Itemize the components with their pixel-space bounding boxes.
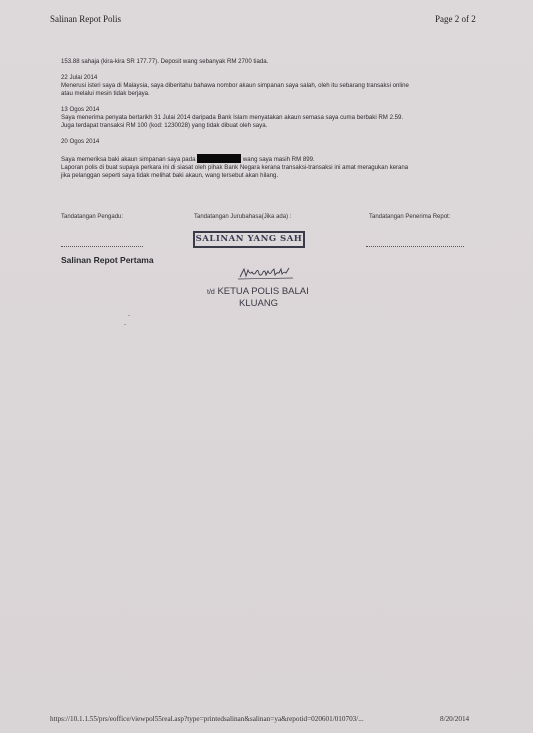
report-entry: 22 Julai 2014 Menerusi isteri saya di Ma… xyxy=(61,74,481,98)
entry-line: jika pelanggan seperti saya tidak meliha… xyxy=(61,172,481,180)
document-header-title: Salinan Repot Polis xyxy=(50,14,121,24)
entry-line: Laporan polis di buat supaya perkara ini… xyxy=(61,164,481,172)
entry-text-before-redaction: Saya memeriksa baki akaun simpanan saya … xyxy=(61,156,195,163)
entry-line: Saya menerima penyata bertarikh 31 Julai… xyxy=(61,114,481,122)
officer-title: t/d KETUA POLIS BALAI xyxy=(207,286,309,297)
report-body: 153.88 sahaja (kira-kira SR 177.77). Dep… xyxy=(61,58,481,180)
print-footer-date: 8/20/2014 xyxy=(440,715,469,723)
scan-speck xyxy=(128,315,130,316)
report-entry: 20 Ogos 2014 Saya memeriksa baki akaun s… xyxy=(61,138,481,180)
scanned-document-page: Salinan Repot Polis Page 2 of 2 153.88 s… xyxy=(0,0,533,733)
officer-prefix: t/d xyxy=(207,289,215,296)
entry-line-with-redaction: Saya memeriksa baki akaun simpanan saya … xyxy=(61,154,481,164)
scan-speck xyxy=(124,324,126,325)
page-indicator: Page 2 of 2 xyxy=(435,14,476,24)
entry-date: 22 Julai 2014 xyxy=(61,74,481,82)
interpreter-signature-label: Tandatangan Jurubahasa(Jika ada) : xyxy=(194,214,291,220)
entry-line: Juga terdapat transaksi RM 100 (kod: 123… xyxy=(61,122,481,130)
certified-copy-stamp: SALINAN YANG SAH xyxy=(193,231,305,248)
receiver-signature-line xyxy=(366,246,464,247)
entry-date: 13 Ogos 2014 xyxy=(61,106,481,114)
receiver-signature-label: Tandatangan Penerima Repot: xyxy=(369,214,450,220)
entry-line: Menerusi isteri saya di Malaysia, saya d… xyxy=(61,82,481,90)
complainant-signature-label: Tandatangan Pengadu: xyxy=(61,214,123,220)
report-entry: 13 Ogos 2014 Saya menerima penyata berta… xyxy=(61,106,481,130)
redaction-block xyxy=(197,154,241,163)
handwritten-signature-icon xyxy=(238,266,294,280)
officer-title-text: KETUA POLIS BALAI xyxy=(217,286,308,297)
entry-text-after-redaction: wang saya masih RM 899. xyxy=(243,156,315,163)
entry-line: atau melalui mesin tidak berjaya. xyxy=(61,90,481,98)
opening-line: 153.88 sahaja (kira-kira SR 177.77). Dep… xyxy=(61,58,481,66)
police-station-name: KLUANG xyxy=(239,298,278,309)
copy-title: Salinan Repot Pertama xyxy=(61,255,154,265)
print-footer-url: https://10.1.1.55/prs/eoffice/viewpol55r… xyxy=(50,715,364,723)
complainant-signature-line xyxy=(61,246,143,247)
entry-date: 20 Ogos 2014 xyxy=(61,138,481,146)
